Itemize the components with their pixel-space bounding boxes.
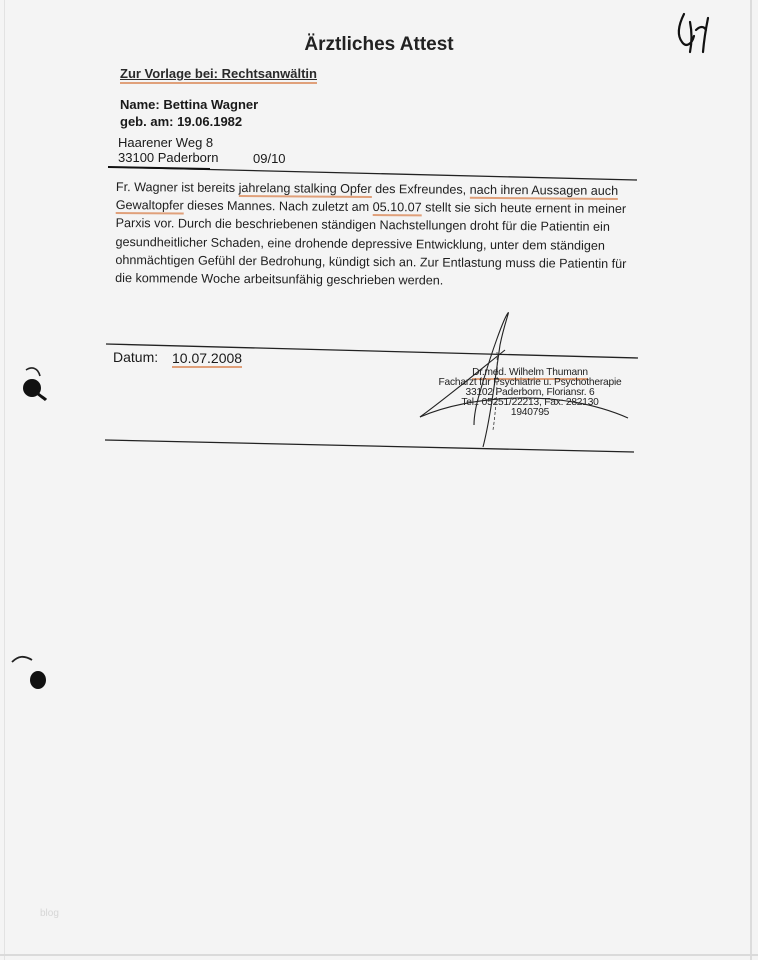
body-text-segment: Fr. Wagner ist bereits: [116, 180, 239, 195]
body-text-segment: des Exfreundes,: [372, 182, 470, 197]
punch-hole-mark-top: [18, 360, 50, 406]
patient-code: 09/10: [253, 151, 286, 166]
highlighted-date: 05.10.07: [373, 200, 422, 216]
doctor-number: 1940795: [430, 408, 630, 418]
punch-hole-mark-bottom: [8, 650, 52, 696]
patient-city: 33100 Paderborn: [118, 150, 218, 165]
patient-street: Haarener Weg 8: [118, 135, 213, 150]
vorlage-line: Zur Vorlage bei: Rechtsanwältin: [120, 66, 317, 84]
scan-edge-left: [4, 0, 5, 960]
handwritten-page-number: [670, 8, 720, 58]
body-text-segment: dieses Mannes. Nach zuletzt am: [184, 199, 373, 214]
doctor-stamp: Dr.med. Wilhelm Thumann Facharzt für Psy…: [430, 368, 630, 418]
document-title: Ärztliches Attest: [0, 34, 758, 56]
document-rules-and-signature: [0, 0, 758, 960]
patient-birthdate: geb. am: 19.06.1982: [120, 114, 242, 129]
patient-name: Name: Bettina Wagner: [120, 97, 258, 112]
watermark-text: blog: [40, 908, 59, 919]
scan-edge-right: [750, 0, 752, 960]
datum-value: 10.07.2008: [172, 350, 242, 368]
attest-body: Fr. Wagner ist bereits jahrelang stalkin…: [115, 178, 636, 291]
scan-edge-bottom: [0, 954, 758, 956]
highlighted-phrase: jahrelang stalking Opfer: [239, 181, 372, 198]
datum-label: Datum:: [113, 349, 158, 365]
document-page: Ärztliches Attest Zur Vorlage bei: Recht…: [0, 0, 758, 960]
